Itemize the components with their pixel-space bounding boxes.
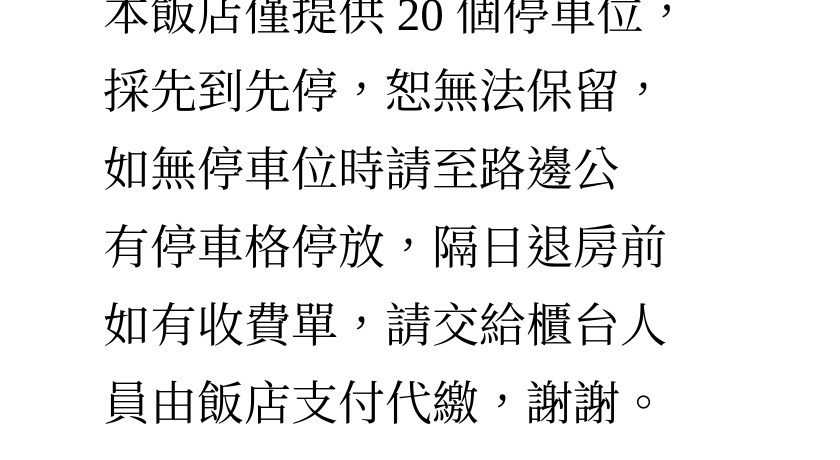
document-page: 本飯店僅提供 20 個停車位， 採先到先停，恕無法保留， 如無停車位時請至路邊公…: [0, 0, 840, 460]
notice-line-4: 有停車格停放，隔日退房前: [103, 210, 691, 288]
notice-line-6: 員由飯店支付代繳，謝謝。: [103, 366, 691, 444]
notice-line-1: 本飯店僅提供 20 個停車位，: [103, 0, 691, 54]
notice-line-5: 如有收費單，請交給櫃台人: [103, 288, 691, 366]
notice-line-2: 採先到先停，恕無法保留，: [103, 54, 691, 132]
parking-notice-text: 本飯店僅提供 20 個停車位， 採先到先停，恕無法保留， 如無停車位時請至路邊公…: [103, 0, 691, 444]
notice-line-3: 如無停車位時請至路邊公: [103, 132, 691, 210]
